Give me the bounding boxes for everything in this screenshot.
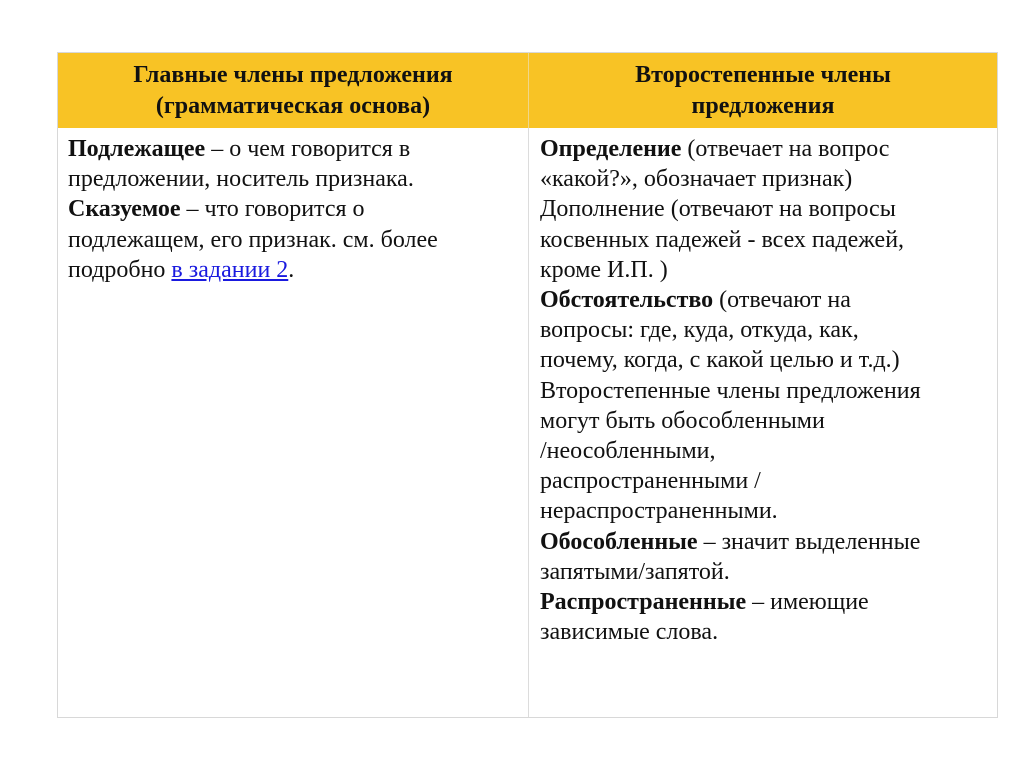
attribute-def: (отвечает на вопрос bbox=[681, 136, 889, 162]
task-2-link[interactable]: в задании 2 bbox=[171, 257, 288, 283]
adverbial-def: (отвечают на bbox=[713, 287, 851, 313]
isolated-def: – значит выделенные bbox=[698, 529, 921, 555]
note-line-5: нераспространенными. bbox=[540, 496, 995, 526]
note-line-1: Второстепенные члены предложения bbox=[540, 376, 995, 406]
subject-line-2: предложении, носитель признака. bbox=[68, 164, 520, 194]
object-line-2: косвенных падежей - всех падежей, bbox=[540, 225, 995, 255]
adverbial-line-3: почему, когда, с какой целью и т.д.) bbox=[540, 345, 995, 375]
subject-line-1: Подлежащее – о чем говорится в bbox=[68, 134, 520, 164]
extended-def: – имеющие bbox=[746, 589, 869, 615]
predicate-line-2: подлежащем, его признак. см. более bbox=[68, 225, 520, 255]
header-secondary-members: Второстепенные члены предложения bbox=[529, 53, 997, 128]
header-main-members: Главные члены предложения (грамматическа… bbox=[58, 53, 528, 128]
predicate-line-3: подробно в задании 2. bbox=[68, 255, 520, 285]
isolated-line-2: запятыми/запятой. bbox=[540, 557, 995, 587]
extended-line-2: зависимые слова. bbox=[540, 617, 995, 647]
adverbial-line-2: вопросы: где, куда, откуда, как, bbox=[540, 315, 995, 345]
isolated-line-1: Обособленные – значит выделенные bbox=[540, 527, 995, 557]
header-main-line-2: (грамматическая основа) bbox=[133, 91, 452, 122]
attribute-line-2: «какой?», обозначает признак) bbox=[540, 164, 995, 194]
note-line-4: распространенными / bbox=[540, 466, 995, 496]
trailing-period: . bbox=[288, 257, 294, 283]
cell-secondary-members: Определение (отвечает на вопрос «какой?»… bbox=[540, 134, 995, 647]
predicate-more-text: подробно bbox=[68, 257, 171, 283]
header-secondary-line-2: предложения bbox=[635, 91, 891, 122]
sentence-members-table: Главные члены предложения (грамматическа… bbox=[57, 52, 998, 718]
attribute-line-1: Определение (отвечает на вопрос bbox=[540, 134, 995, 164]
attribute-term: Определение bbox=[540, 136, 681, 162]
extended-line-1: Распространенные – имеющие bbox=[540, 587, 995, 617]
header-secondary-line-1: Второстепенные члены bbox=[635, 60, 891, 91]
column-divider bbox=[528, 53, 529, 717]
header-main-line-1: Главные члены предложения bbox=[133, 60, 452, 91]
adverbial-term: Обстоятельство bbox=[540, 287, 713, 313]
note-line-2: могут быть обособленными bbox=[540, 406, 995, 436]
object-line-1: Дополнение (отвечают на вопросы bbox=[540, 194, 995, 224]
object-line-3: кроме И.П. ) bbox=[540, 255, 995, 285]
extended-term: Распространенные bbox=[540, 589, 746, 615]
predicate-line-1: Сказуемое – что говорится о bbox=[68, 194, 520, 224]
isolated-term: Обособленные bbox=[540, 529, 698, 555]
adverbial-line-1: Обстоятельство (отвечают на bbox=[540, 285, 995, 315]
header-divider bbox=[528, 53, 529, 128]
cell-main-members: Подлежащее – о чем говорится в предложен… bbox=[68, 134, 520, 285]
predicate-term: Сказуемое bbox=[68, 196, 181, 222]
subject-term: Подлежащее bbox=[68, 136, 205, 162]
predicate-def: – что говорится о bbox=[181, 196, 365, 222]
subject-def: – о чем говорится в bbox=[205, 136, 410, 162]
note-line-3: /неособленными, bbox=[540, 436, 995, 466]
